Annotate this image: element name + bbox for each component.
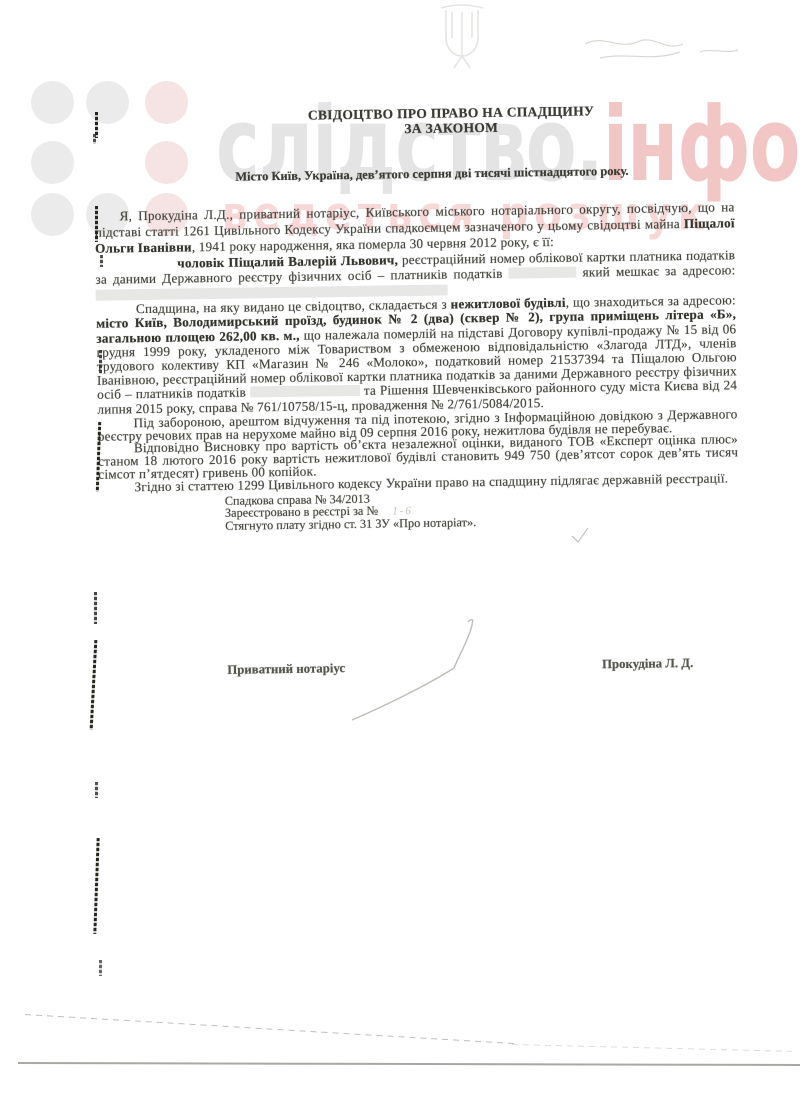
document-paragraphs: Я, Прокудіна Л.Д., приватний нотаріус, К… (94, 199, 738, 493)
scan-artifact-mark (93, 134, 96, 144)
signature-row: Приватний нотаріус Прокудіна Л. Д. (101, 655, 741, 679)
logo-dot-gray (31, 81, 74, 124)
closing-lines: Спадкова справа № 34/2013Зареєстровано в… (225, 487, 739, 532)
scan-artifact-mark (94, 592, 97, 624)
dateline: Місто Київ, Україна, дев’ятого серпня дв… (94, 161, 734, 186)
redaction-box (509, 267, 577, 279)
closing-line-text: Стягнуто плату згідно ст. 31 ЗУ «Про нот… (225, 515, 476, 533)
page-edge-line (25, 1014, 516, 1044)
text-segment: який мешкає за адресою: (576, 263, 735, 280)
page-edge-line (18, 1062, 800, 1066)
page-edge-line (512, 1044, 792, 1052)
scanned-document-page: слідство.інфо ведеться розшук СВІДОЦТВО … (0, 0, 800, 1100)
signatory-title: Приватний нотаріус (227, 661, 345, 678)
scan-artifact-mark (99, 350, 102, 374)
redaction-box (250, 385, 360, 398)
scan-artifact-mark (90, 640, 98, 730)
scan-artifact-mark (95, 206, 98, 242)
logo-dot-gray (31, 193, 74, 236)
signatory-name: Прокудіна Л. Д. (602, 656, 693, 672)
document-title: СВІДОЦТВО ПРО ПРАВО НА СПАДЩИНУ ЗА ЗАКОН… (93, 101, 733, 140)
scan-artifact-mark (100, 255, 103, 267)
paragraph: Спадщина, на яку видано це свідоцтво, ск… (96, 293, 738, 416)
scan-artifact-mark (93, 838, 99, 934)
text-segment: Я, Прокудіна Л.Д., приватний нотаріус, К… (95, 199, 735, 239)
document-content: СВІДОЦТВО ПРО ПРАВО НА СПАДЩИНУ ЗА ЗАКОН… (91, 0, 743, 785)
scan-artifact-mark (99, 960, 102, 976)
logo-dot-gray (31, 141, 74, 184)
scan-artifact-mark (95, 782, 98, 798)
